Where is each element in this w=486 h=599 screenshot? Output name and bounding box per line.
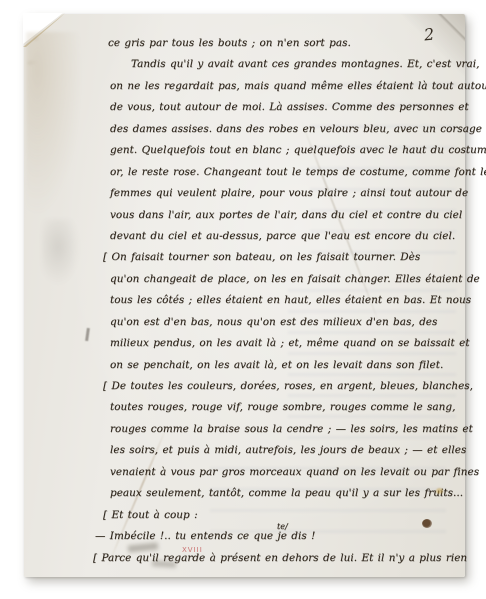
manuscript-line: des dames assises. dans des robes en vel… — [24, 123, 465, 144]
manuscript-line: [ Parce qu'il regarde à présent en dehor… — [24, 552, 465, 573]
manuscript-line: toutes rouges, rouge vif, rouge sombre, … — [24, 401, 465, 422]
manuscript-line: peaux seulement, tantôt, comme la peau q… — [24, 487, 465, 508]
photo-background: 2 ce gris par tous les bouts ; on n'en s… — [0, 0, 486, 599]
ink-blot-stain — [422, 519, 432, 528]
manuscript-line: qu'on est d'en bas, nous qu'on est des m… — [24, 316, 465, 337]
manuscript-line: — Imbécile !.. tu entends ce que je dis … — [24, 530, 465, 551]
manuscript-line: qu'on changeait de place, on les en fais… — [24, 273, 465, 294]
manuscript-line: Tandis qu'il y avait avant ces grandes m… — [24, 58, 465, 79]
manuscript-line: femmes qui veulent plaire, pour vous pla… — [24, 187, 465, 208]
manuscript-line: on se penchait, on les avait là, et on l… — [24, 359, 465, 380]
manuscript-line: tous les côtés ; elles étaient en haut, … — [24, 294, 465, 315]
manuscript-line: devant du ciel et au-dessus, parce que l… — [24, 230, 465, 251]
manuscript-line: [ De toutes les couleurs, dorées, roses,… — [24, 380, 465, 401]
interline-insertion: te/ — [277, 522, 288, 531]
manuscript-line: rouges comme la braise sous la cendre ; … — [24, 423, 465, 444]
manuscript-line: vous dans l'air, aux portes de l'air, da… — [24, 209, 465, 230]
manuscript-line: gent. Quelquefois tout en blanc ; quelqu… — [24, 144, 465, 165]
manuscript-line-text: — Imbécile !.. tu entends ce que je dis … — [95, 530, 315, 542]
manuscript-line: [ Et tout à coup : — [24, 509, 465, 530]
manuscript-line: ce gris par tous les bouts ; on n'en sor… — [24, 37, 465, 58]
manuscript-line: on ne les regardait pas, mais quand même… — [24, 80, 465, 101]
catalog-mark-annotation: XVIII — [182, 546, 203, 554]
manuscript-line: de vous, tout autour de moi. Là assises.… — [24, 101, 465, 122]
manuscript-page: 2 ce gris par tous les bouts ; on n'en s… — [24, 14, 465, 577]
manuscript-line: [ On faisait tourner son bateau, on les … — [24, 251, 465, 272]
manuscript-line: milieux pendus, on les avait là ; et, mê… — [24, 337, 465, 358]
manuscript-line: venaient à vous par gros morceaux quand … — [24, 466, 465, 487]
manuscript-text: ce gris par tous les bouts ; on n'en sor… — [24, 37, 465, 573]
manuscript-line: or, le reste rose. Changeant tout le tem… — [24, 166, 465, 187]
foxing-spot — [436, 488, 443, 494]
manuscript-line: les soirs, et puis à midi, autrefois, le… — [24, 444, 465, 465]
